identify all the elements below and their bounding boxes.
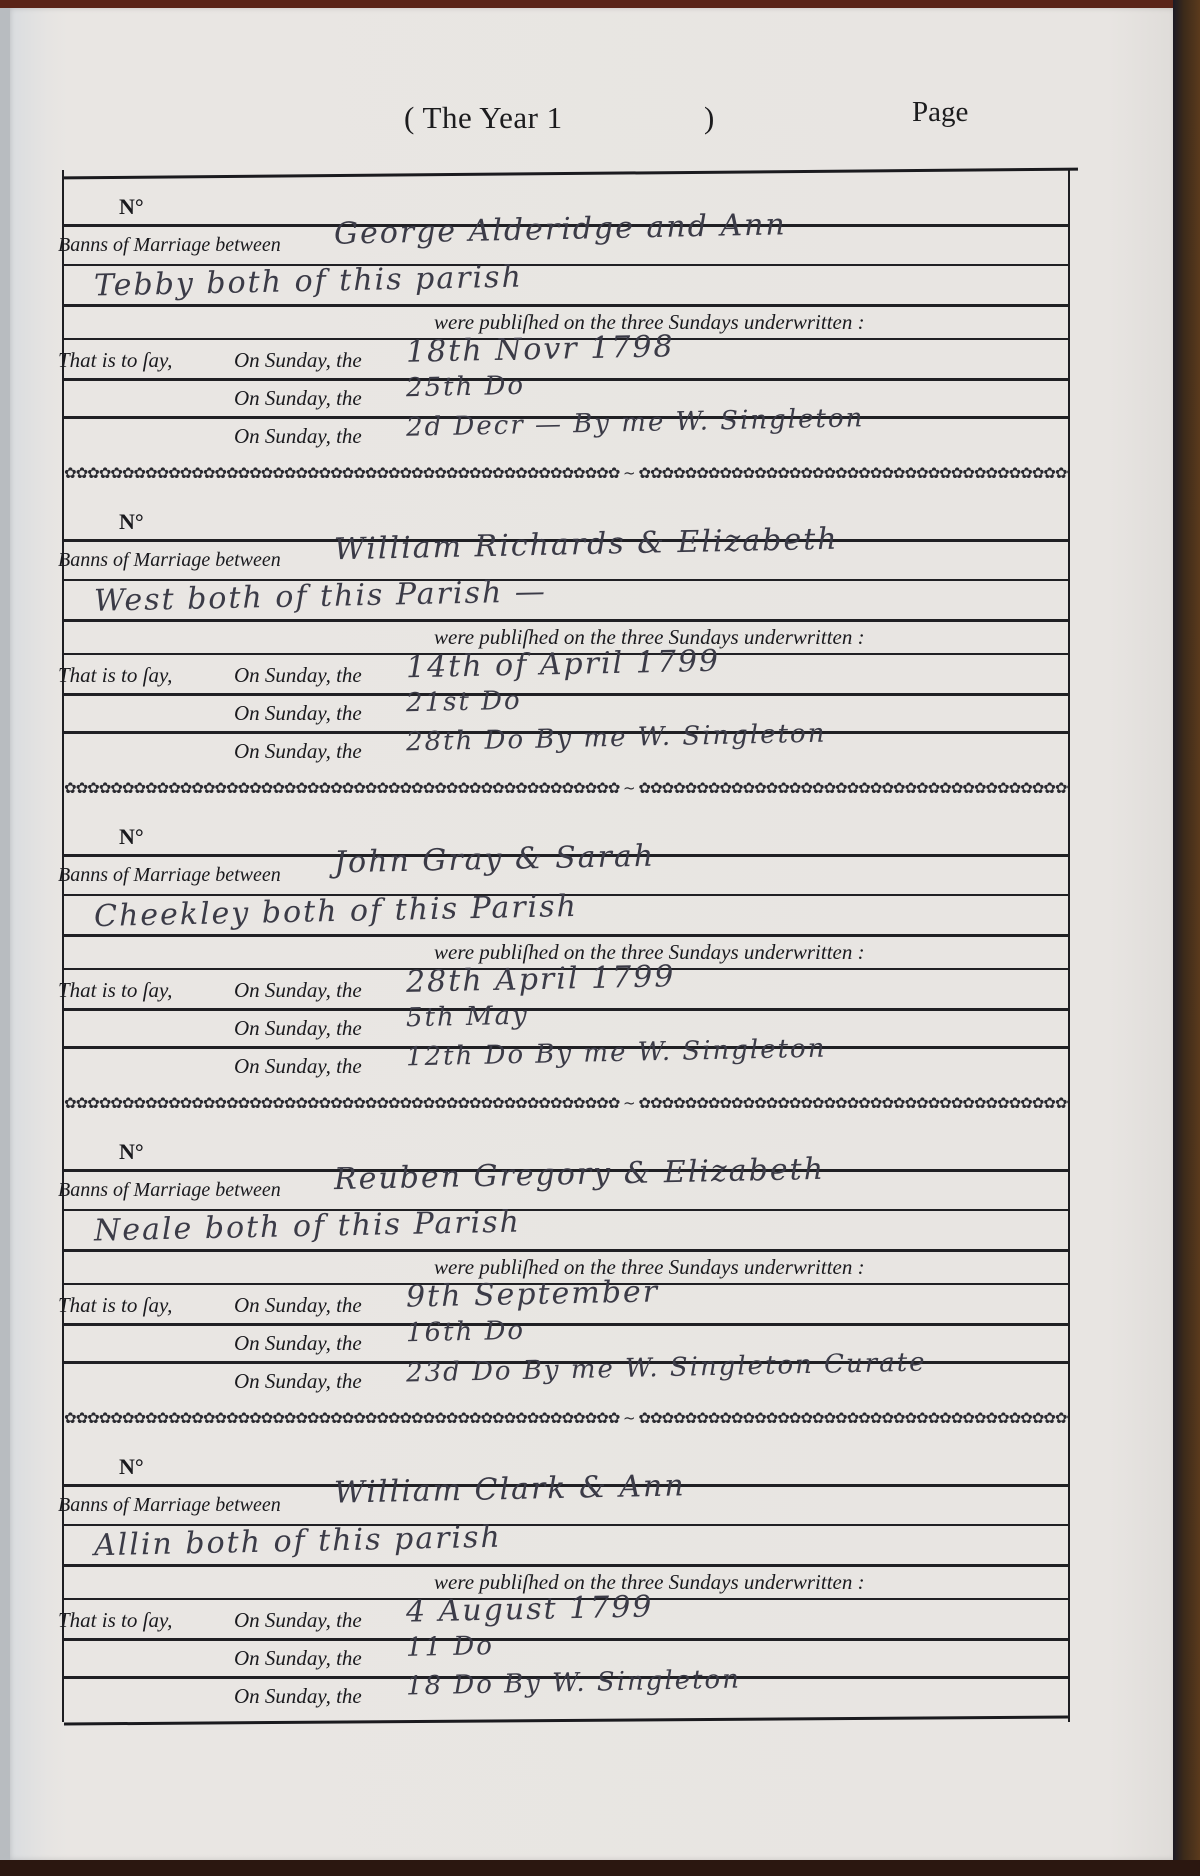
sunday-2-date: 16th Do xyxy=(406,1316,526,1348)
year-heading: ( The Year 1 ) xyxy=(404,100,563,136)
sunday-2-date: 5th May xyxy=(406,1001,529,1034)
names-line-2: Tebby both of this parish xyxy=(94,260,523,304)
banns-entry: N° Banns of Marriage between William Ric… xyxy=(64,497,1068,815)
entry-number-label: N° xyxy=(119,194,144,220)
entry-number-label: N° xyxy=(119,824,144,850)
sunday-3-date-signature: 23d Do By me W. Singleton Curate xyxy=(406,1348,927,1389)
page-gutter xyxy=(0,8,10,1868)
names-line-1: George Alderidge and Ann xyxy=(334,207,787,251)
rule xyxy=(64,619,1068,622)
sunday-2-label: On Sunday, the xyxy=(234,1646,362,1671)
sunday-3-label: On Sunday, the xyxy=(234,1684,362,1709)
sunday-1-date: 14th of April 1799 xyxy=(406,644,721,686)
sunday-1-date: 28th April 1799 xyxy=(406,959,676,1000)
banns-entry: N° Banns of Marriage between Reuben Greg… xyxy=(64,1127,1068,1445)
sunday-2-label: On Sunday, the xyxy=(234,386,362,411)
names-line-2: Allin both of this parish xyxy=(94,1520,502,1564)
sunday-3-label: On Sunday, the xyxy=(234,1054,362,1079)
sunday-1-label: On Sunday, the xyxy=(234,1608,362,1633)
year-heading-text: ( The Year 1 xyxy=(404,100,563,135)
names-line-1: William Richards & Elizabeth xyxy=(334,522,839,568)
rule xyxy=(64,1008,1068,1011)
rule xyxy=(64,1638,1068,1641)
entry-number-label: N° xyxy=(119,1454,144,1480)
that-is-label: That is to ſay, xyxy=(58,1293,172,1318)
year-heading-close: ) xyxy=(704,100,715,136)
rule xyxy=(64,1323,1068,1326)
ornamental-separator: ✿✿✿✿✿✿✿✿✿✿✿✿✿✿✿✿✿✿✿✿✿✿✿✿✿✿✿✿✿✿✿✿✿✿✿✿✿✿✿✿… xyxy=(64,464,1068,482)
book-bottom-edge xyxy=(0,1860,1200,1876)
rule xyxy=(64,693,1068,696)
ornamental-separator: ✿✿✿✿✿✿✿✿✿✿✿✿✿✿✿✿✿✿✿✿✿✿✿✿✿✿✿✿✿✿✿✿✿✿✿✿✿✿✿✿… xyxy=(64,1409,1068,1427)
sunday-1-date: 9th September xyxy=(406,1274,660,1314)
sunday-3-date-signature: 28th Do By me W. Singleton xyxy=(406,719,827,758)
sunday-3-label: On Sunday, the xyxy=(234,1369,362,1394)
sunday-2-date: 11 Do xyxy=(406,1631,494,1663)
banns-label: Banns of Marriage between xyxy=(58,549,281,572)
sunday-3-label: On Sunday, the xyxy=(234,424,362,449)
sunday-1-label: On Sunday, the xyxy=(234,1293,362,1318)
names-line-1: John Gray & Sarah xyxy=(334,839,656,881)
sunday-3-label: On Sunday, the xyxy=(234,739,362,764)
ornamental-separator: ✿✿✿✿✿✿✿✿✿✿✿✿✿✿✿✿✿✿✿✿✿✿✿✿✿✿✿✿✿✿✿✿✿✿✿✿✿✿✿✿… xyxy=(64,1094,1068,1112)
that-is-label: That is to ſay, xyxy=(58,978,172,1003)
banns-label: Banns of Marriage between xyxy=(58,234,281,257)
banns-label: Banns of Marriage between xyxy=(58,864,281,887)
entry-number-label: N° xyxy=(119,509,144,535)
rule xyxy=(64,378,1068,381)
sunday-2-date: 21st Do xyxy=(406,686,522,718)
sunday-2-label: On Sunday, the xyxy=(234,701,362,726)
banns-register-table: N° Banns of Marriage between George Alde… xyxy=(62,170,1070,1722)
sunday-2-label: On Sunday, the xyxy=(234,1331,362,1356)
names-line-1: Reuben Gregory & Elizabeth xyxy=(334,1152,826,1197)
banns-label: Banns of Marriage between xyxy=(58,1494,281,1517)
sunday-3-date-signature: 18 Do By W. Singleton xyxy=(406,1664,742,1701)
sunday-1-date: 4 August 1799 xyxy=(406,1589,654,1629)
sunday-1-label: On Sunday, the xyxy=(234,978,362,1003)
sunday-1-label: On Sunday, the xyxy=(234,663,362,688)
rule xyxy=(64,1564,1068,1567)
sunday-1-date: 18th Novr 1798 xyxy=(406,329,675,370)
banns-label: Banns of Marriage between xyxy=(58,1179,281,1202)
page-label: Page xyxy=(912,96,968,129)
sunday-2-date: 25th Do xyxy=(406,371,526,403)
sunday-2-label: On Sunday, the xyxy=(234,1016,362,1041)
banns-entry: N° Banns of Marriage between William Cla… xyxy=(64,1442,1068,1760)
that-is-label: That is to ſay, xyxy=(58,348,172,373)
sunday-1-label: On Sunday, the xyxy=(234,348,362,373)
entry-number-label: N° xyxy=(119,1139,144,1165)
banns-entry: N° Banns of Marriage between George Alde… xyxy=(64,182,1068,500)
names-line-1: William Clark & Ann xyxy=(334,1468,686,1510)
banns-entry: N° Banns of Marriage between John Gray &… xyxy=(64,812,1068,1130)
table-top-rule xyxy=(64,168,1078,180)
ornamental-separator: ✿✿✿✿✿✿✿✿✿✿✿✿✿✿✿✿✿✿✿✿✿✿✿✿✿✿✿✿✿✿✿✿✿✿✿✿✿✿✿✿… xyxy=(64,779,1068,797)
rule xyxy=(64,1249,1068,1252)
names-line-2: Neale both of this Parish xyxy=(94,1205,522,1249)
sunday-3-date-signature: 12th Do By me W. Singleton xyxy=(406,1034,827,1073)
that-is-label: That is to ſay, xyxy=(58,663,172,688)
book-right-edge xyxy=(1173,0,1200,1876)
rule xyxy=(64,304,1068,307)
that-is-label: That is to ſay, xyxy=(58,1608,172,1633)
sunday-3-date-signature: 2d Decr — By me W. Singleton xyxy=(406,403,865,443)
rule xyxy=(64,934,1068,937)
